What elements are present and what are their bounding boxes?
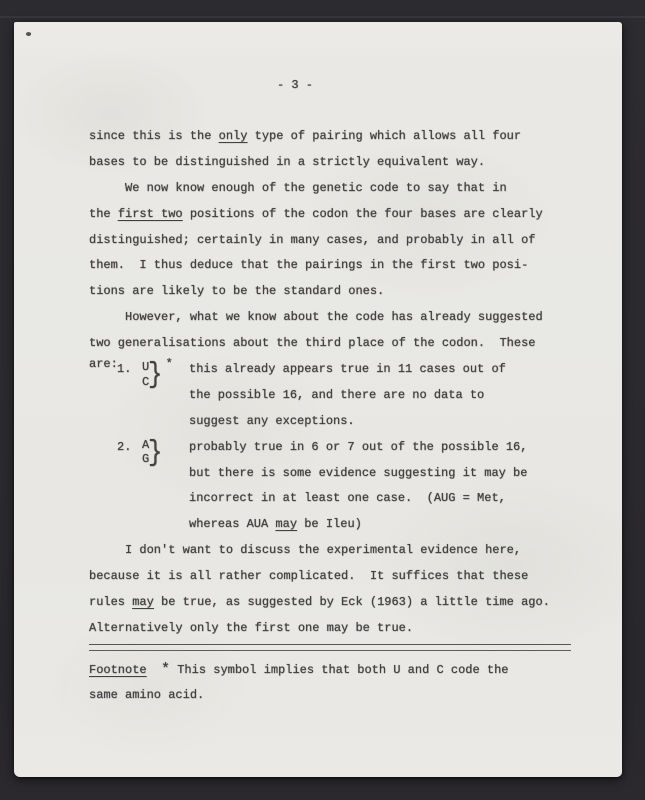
underlined-text: only xyxy=(219,129,248,143)
text-line: same amino acid. xyxy=(89,683,622,709)
text-segment: probably true in 6 or 7 out of the possi… xyxy=(189,440,527,454)
document-body: since this is the only type of pairing w… xyxy=(89,124,622,709)
text-line: the first two positions of the codon the… xyxy=(89,202,622,228)
text-segment: the xyxy=(89,207,118,221)
footnote: Footnote * This symbol implies that both… xyxy=(89,657,622,709)
text-segment: distinguished; certainly in many cases, … xyxy=(89,233,535,247)
right-brace-icon: } xyxy=(148,437,162,468)
text-segment: but there is some evidence suggesting it… xyxy=(189,466,527,480)
text-line: rules may be true, as suggested by Eck (… xyxy=(89,590,622,616)
text-segment: them. I thus deduce that the pairings in… xyxy=(89,258,528,272)
text-segment: same amino acid. xyxy=(89,688,204,702)
text-line: whereas AUA may be Ileu) xyxy=(189,512,622,538)
text-segment: be true, as suggested by Eck (1963) a li… xyxy=(154,595,550,609)
underlined-text: Footnote xyxy=(89,663,147,677)
ink-speck xyxy=(26,31,32,36)
text-line: distinguished; certainly in many cases, … xyxy=(89,228,622,254)
text-segment: We now know enough of the genetic code t… xyxy=(89,181,507,195)
text-line: since this is the only type of pairing w… xyxy=(89,124,622,150)
page-content: - 3 - since this is the only type of pai… xyxy=(14,72,622,709)
list-item-number: 2. xyxy=(117,435,131,461)
text-line: but there is some evidence suggesting it… xyxy=(189,461,622,487)
text-line: two generalisations about the third plac… xyxy=(89,331,622,357)
text-segment: suggest any exceptions. xyxy=(189,414,355,428)
text-line: suggest any exceptions. xyxy=(189,409,622,435)
text-line: probably true in 6 or 7 out of the possi… xyxy=(189,435,622,461)
paragraph: We now know enough of the genetic code t… xyxy=(89,176,622,305)
text-line: We now know enough of the genetic code t… xyxy=(89,176,622,202)
text-line: incorrect in at least one case. (AUG = M… xyxy=(189,486,622,512)
photo-background: - 3 - since this is the only type of pai… xyxy=(0,0,645,800)
separator-rule xyxy=(89,644,571,651)
document-page: - 3 - since this is the only type of pai… xyxy=(14,22,622,777)
numbered-list: are:1.UC}*this already appears true in 1… xyxy=(89,357,622,538)
paragraph: I don't want to discuss the experimental… xyxy=(89,538,622,642)
text-segment xyxy=(147,663,161,677)
list-item: 2.AG}probably true in 6 or 7 out of the … xyxy=(89,435,622,539)
list-item-text: probably true in 6 or 7 out of the possi… xyxy=(189,435,622,539)
list-item-number: 1. xyxy=(117,357,131,383)
text-segment: two generalisations about the third plac… xyxy=(89,336,535,350)
base-pair-group: UC}* xyxy=(142,359,173,390)
background-seam-line xyxy=(0,16,645,18)
text-segment: incorrect in at least one case. (AUG = M… xyxy=(189,491,506,505)
text-line: because it is all rather complicated. It… xyxy=(89,564,622,590)
text-segment: rules xyxy=(89,595,132,609)
underlined-text: may xyxy=(275,517,297,531)
text-segment: Alternatively only the first one may be … xyxy=(89,621,413,635)
text-segment: the possible 16, and there are no data t… xyxy=(189,388,484,402)
text-segment: tions are likely to be the standard ones… xyxy=(89,284,384,298)
text-segment: This symbol implies that both U and C co… xyxy=(170,663,508,677)
text-segment: However, what we know about the code has… xyxy=(89,310,543,324)
list-item: 1.UC}*this already appears true in 11 ca… xyxy=(89,357,622,435)
text-segment: because it is all rather complicated. It… xyxy=(89,569,528,583)
underlined-text: first two xyxy=(118,207,183,221)
text-line: tions are likely to be the standard ones… xyxy=(89,279,622,305)
right-brace-icon: } xyxy=(148,359,162,390)
paragraph: since this is the only type of pairing w… xyxy=(89,124,622,176)
text-line: Alternatively only the first one may be … xyxy=(89,616,622,642)
text-line: I don't want to discuss the experimental… xyxy=(89,538,622,564)
text-segment: bases to be distinguished in a strictly … xyxy=(89,155,485,169)
list-item-text: this already appears true in 11 cases ou… xyxy=(189,357,622,435)
text-segment: positions of the codon the four bases ar… xyxy=(183,207,543,221)
text-line: them. I thus deduce that the pairings in… xyxy=(89,253,622,279)
base-pair-group: AG} xyxy=(142,437,166,468)
text-segment: whereas AUA xyxy=(189,517,275,531)
text-line: Footnote * This symbol implies that both… xyxy=(89,657,622,683)
text-segment: * xyxy=(161,661,170,678)
page-number: - 3 - xyxy=(89,72,501,98)
text-segment: type of pairing which allows all four xyxy=(247,129,521,143)
underlined-text: may xyxy=(132,595,154,609)
text-line: bases to be distinguished in a strictly … xyxy=(89,150,622,176)
text-line: the possible 16, and there are no data t… xyxy=(189,383,622,409)
text-segment: this already appears true in 11 cases ou… xyxy=(189,362,506,376)
text-segment: since this is the xyxy=(89,129,219,143)
paragraph: However, what we know about the code has… xyxy=(89,305,622,357)
text-segment: be Ileu) xyxy=(297,517,362,531)
text-line: this already appears true in 11 cases ou… xyxy=(189,357,622,383)
asterisk-icon: * xyxy=(166,358,173,370)
text-segment: I don't want to discuss the experimental… xyxy=(89,543,521,557)
text-line: However, what we know about the code has… xyxy=(89,305,622,331)
